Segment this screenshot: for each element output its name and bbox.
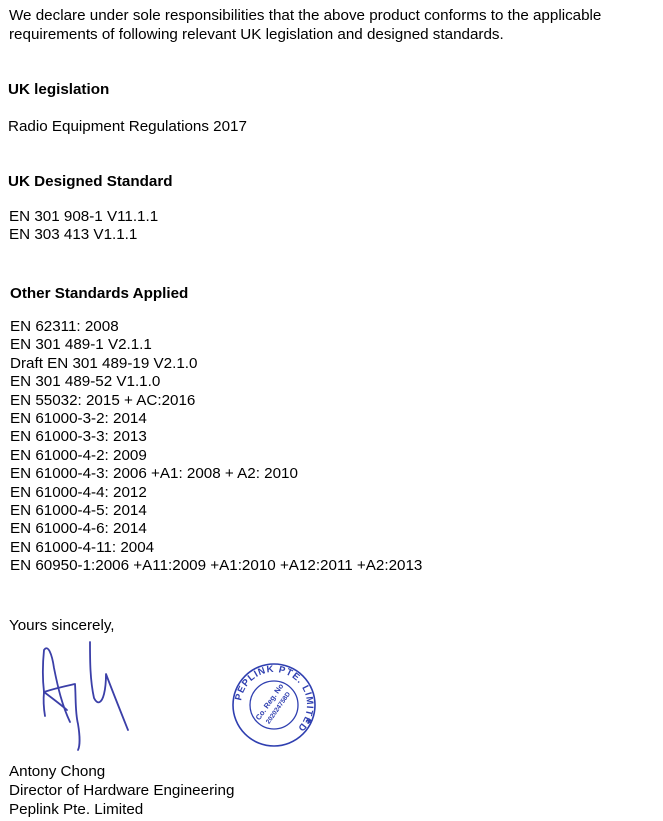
standard-item: EN 61000-3-2: 2014 — [10, 410, 422, 428]
uk-designed-standard-heading: UK Designed Standard — [8, 172, 173, 191]
other-standards-list: EN 62311: 2008EN 301 489-1 V2.1.1Draft E… — [10, 318, 422, 575]
standard-item: EN 61000-4-5: 2014 — [10, 502, 422, 520]
standard-item: EN 301 489-1 V2.1.1 — [10, 336, 422, 354]
standard-item: EN 301 908-1 V11.1.1 — [9, 208, 158, 226]
intro-line-2: requirements of following relevant UK le… — [9, 25, 601, 44]
standard-item: EN 61000-4-4: 2012 — [10, 484, 422, 502]
uk-designed-standard-list: EN 301 908-1 V11.1.1 EN 303 413 V1.1.1 — [9, 208, 158, 245]
closing-text: Yours sincerely, — [9, 616, 115, 635]
standard-item: EN 301 489-52 V1.1.0 — [10, 373, 422, 391]
uk-legislation-item: Radio Equipment Regulations 2017 — [8, 117, 247, 136]
standard-item: EN 61000-4-6: 2014 — [10, 520, 422, 538]
star-icon: ★ — [305, 717, 313, 727]
standard-item: Draft EN 301 489-19 V2.1.0 — [10, 355, 422, 373]
standard-item: EN 61000-4-11: 2004 — [10, 539, 422, 557]
signatory-name: Antony Chong — [9, 762, 234, 781]
signatory-company: Peplink Pte. Limited — [9, 800, 234, 819]
uk-legislation-heading: UK legislation — [8, 80, 109, 99]
standard-item: EN 61000-3-3: 2013 — [10, 428, 422, 446]
intro-line-1: We declare under sole responsibilities t… — [9, 6, 601, 25]
standard-item: EN 55032: 2015 + AC:2016 — [10, 392, 422, 410]
standard-item: EN 60950-1:2006 +A11:2009 +A1:2010 +A12:… — [10, 557, 422, 575]
signature-image — [30, 640, 150, 760]
declaration-intro: We declare under sole responsibilities t… — [9, 6, 601, 44]
company-stamp: PEPLINK PTE. LIMITED Co. Reg. No 2020247… — [229, 660, 319, 750]
signatory-block: Antony Chong Director of Hardware Engine… — [9, 762, 234, 819]
signatory-title: Director of Hardware Engineering — [9, 781, 234, 800]
standard-item: EN 61000-4-2: 2009 — [10, 447, 422, 465]
standard-item: EN 303 413 V1.1.1 — [9, 226, 158, 244]
standard-item: EN 62311: 2008 — [10, 318, 422, 336]
other-standards-heading: Other Standards Applied — [10, 284, 188, 303]
standard-item: EN 61000-4-3: 2006 +A1: 2008 + A2: 2010 — [10, 465, 422, 483]
